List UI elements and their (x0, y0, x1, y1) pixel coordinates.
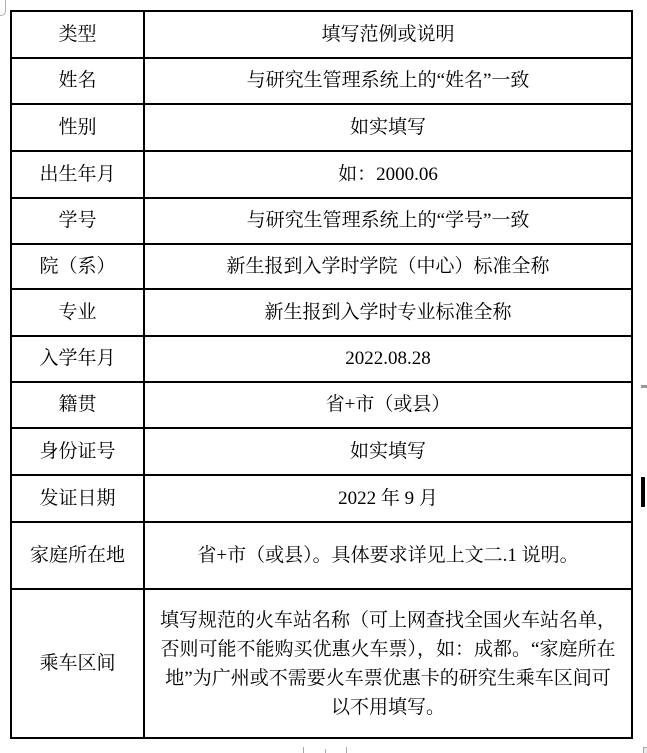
row-label-cell[interactable]: 籍贯 (11, 382, 144, 428)
page-control-tick (325, 749, 326, 753)
table-row: 身份证号 如实填写 (11, 428, 632, 475)
row-label-cell[interactable]: 家庭所在地 (11, 522, 144, 589)
row-value-cell[interactable]: 如实填写 (144, 428, 632, 475)
row-value-cell[interactable]: 2022 年 9 月 (144, 475, 632, 522)
row-value-cell[interactable]: 新生报到入学时专业标准全称 (144, 289, 632, 336)
row-label-cell[interactable]: 发证日期 (11, 475, 144, 522)
scrollbar-thumb[interactable] (641, 477, 645, 507)
row-value-cell[interactable]: 2022.08.28 (144, 336, 632, 382)
table-row: 家庭所在地 省+市（或县）。具体要求详见上文二.1 说明。 (11, 522, 632, 589)
table-row: 发证日期 2022 年 9 月 (11, 475, 632, 522)
table-row: 籍贯 省+市（或县） (11, 382, 632, 428)
row-value-cell[interactable]: 新生报到入学时学院（中心）标准全称 (144, 244, 632, 289)
row-value-cell[interactable]: 省+市（或县）。具体要求详见上文二.1 说明。 (144, 522, 632, 589)
row-value-cell[interactable]: 与研究生管理系统上的“姓名”一致 (144, 58, 632, 104)
row-label-cell[interactable]: 出生年月 (11, 151, 144, 198)
table-row: 性别 如实填写 (11, 104, 632, 151)
table-row: 学号 与研究生管理系统上的“学号”一致 (11, 198, 632, 244)
fill-instructions-table: 类型 填写范例或说明 姓名 与研究生管理系统上的“姓名”一致 性别 如实填写 出… (10, 10, 633, 739)
row-label-cell[interactable]: 姓名 (11, 58, 144, 104)
document-page: 类型 填写范例或说明 姓名 与研究生管理系统上的“姓名”一致 性别 如实填写 出… (0, 0, 647, 753)
row-value-cell[interactable]: 填写规范的火车站名称（可上网查找全国火车站名单，否则可能不能购买优惠火车票），如… (144, 589, 632, 738)
row-label-cell[interactable]: 院（系） (11, 244, 144, 289)
page-control-tick (303, 747, 304, 753)
row-label-cell[interactable]: 身份证号 (11, 428, 144, 475)
corner-fragment-bottom-right (643, 747, 647, 753)
header-row: 类型 填写范例或说明 (11, 11, 632, 58)
row-value-cell[interactable]: 省+市（或县） (144, 382, 632, 428)
header-desc-cell[interactable]: 填写范例或说明 (144, 11, 632, 58)
row-value-cell[interactable]: 与研究生管理系统上的“学号”一致 (144, 198, 632, 244)
header-type-cell[interactable]: 类型 (11, 11, 144, 58)
scrollbar-mark (641, 385, 647, 388)
table-row: 入学年月 2022.08.28 (11, 336, 632, 382)
table-row: 乘车区间 填写规范的火车站名称（可上网查找全国火车站名单，否则可能不能购买优惠火… (11, 589, 632, 738)
row-label-cell[interactable]: 专业 (11, 289, 144, 336)
row-value-cell[interactable]: 如：2000.06 (144, 151, 632, 198)
row-value-cell[interactable]: 如实填写 (144, 104, 632, 151)
row-label-cell[interactable]: 乘车区间 (11, 589, 144, 738)
row-label-cell[interactable]: 性别 (11, 104, 144, 151)
table-row: 姓名 与研究生管理系统上的“姓名”一致 (11, 58, 632, 104)
table-row: 出生年月 如：2000.06 (11, 151, 632, 198)
row-label-cell[interactable]: 入学年月 (11, 336, 144, 382)
page-control-tick (346, 747, 347, 753)
row-label-cell[interactable]: 学号 (11, 198, 144, 244)
window-corner-fragment (0, 0, 6, 16)
table-row: 专业 新生报到入学时专业标准全称 (11, 289, 632, 336)
table-row: 院（系） 新生报到入学时学院（中心）标准全称 (11, 244, 632, 289)
